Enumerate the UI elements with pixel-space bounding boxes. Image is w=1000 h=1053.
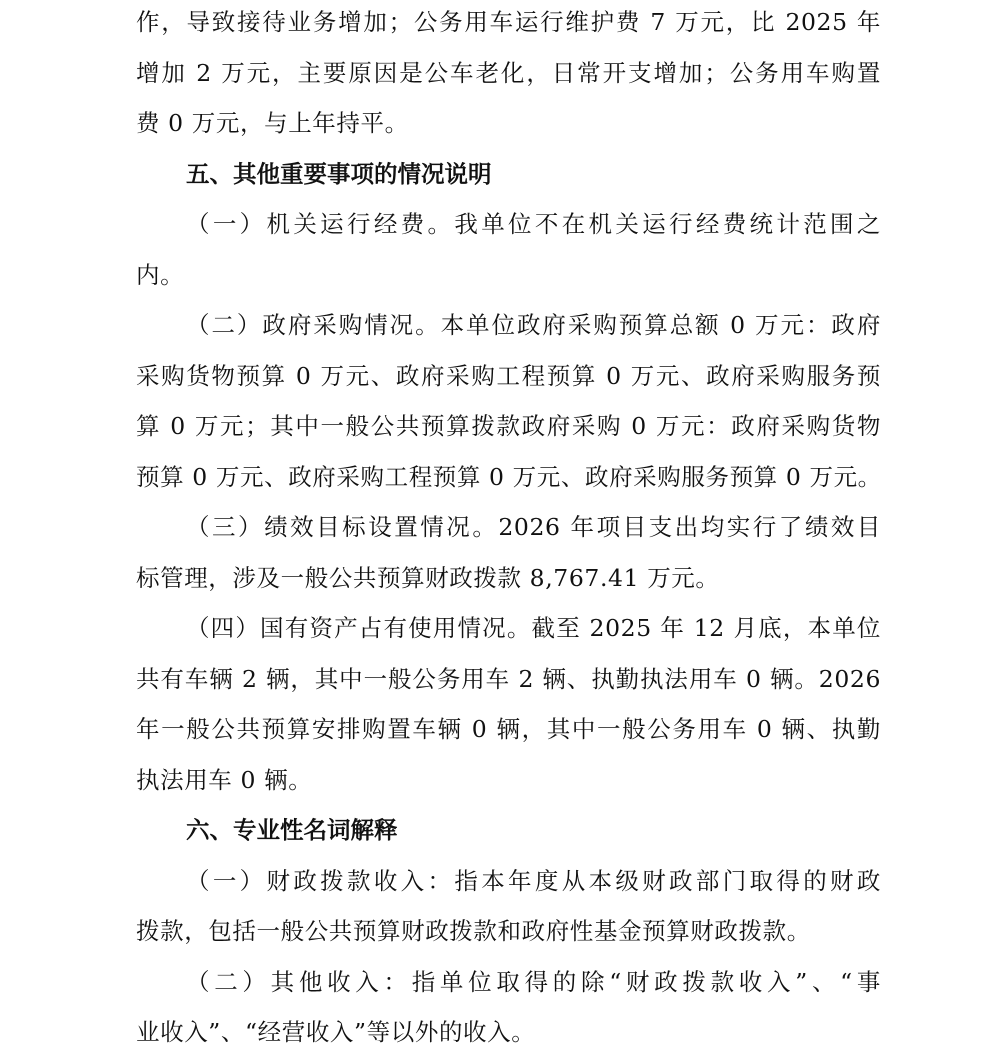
paragraph-line: 算 0 万元；其中一般公共预算拨款政府采购 0 万元：政府采购货物 [136,401,881,452]
paragraph-line: 作，导致接待业务增加；公务用车运行维护费 7 万元，比 2025 年 [136,0,881,48]
paragraph-line: （一）财政拨款收入：指本年度从本级财政部门取得的财政 [136,856,881,907]
paragraph-line: 预算 0 万元、政府采购工程预算 0 万元、政府采购服务预算 0 万元。 [136,452,881,503]
paragraph-line: 拨款，包括一般公共预算财政拨款和政府性基金预算财政拨款。 [136,906,881,957]
document-page: 作，导致接待业务增加；公务用车运行维护费 7 万元，比 2025 年 增加 2 … [136,0,881,1053]
paragraph-line: 采购货物预算 0 万元、政府采购工程预算 0 万元、政府采购服务预 [136,351,881,402]
paragraph-line: （二）政府采购情况。本单位政府采购预算总额 0 万元：政府 [136,300,881,351]
paragraph-line: （四）国有资产占有使用情况。截至 2025 年 12 月底，本单位 [136,603,881,654]
paragraph-line: 业收入”、“经营收入”等以外的收入。 [136,1007,881,1053]
paragraph-line: （二）其他收入：指单位取得的除“财政拨款收入”、“事 [136,957,881,1008]
paragraph-line: 共有车辆 2 辆，其中一般公务用车 2 辆、执勤执法用车 0 辆。2026 [136,654,881,705]
paragraph-line: （三）绩效目标设置情况。2026 年项目支出均实行了绩效目 [136,502,881,553]
paragraph-line: 执法用车 0 辆。 [136,755,881,806]
paragraph-line: 增加 2 万元，主要原因是公车老化，日常开支增加；公务用车购置 [136,48,881,99]
section-heading-terminology: 六、专业性名词解释 [136,805,881,856]
paragraph-line: 标管理，涉及一般公共预算财政拨款 8,767.41 万元。 [136,553,881,604]
paragraph-line: 年一般公共预算安排购置车辆 0 辆，其中一般公务用车 0 辆、执勤 [136,704,881,755]
section-heading-other-matters: 五、其他重要事项的情况说明 [136,149,881,200]
paragraph-line: 费 0 万元，与上年持平。 [136,98,881,149]
paragraph-line: 内。 [136,250,881,301]
paragraph-line: （一）机关运行经费。我单位不在机关运行经费统计范围之 [136,199,881,250]
